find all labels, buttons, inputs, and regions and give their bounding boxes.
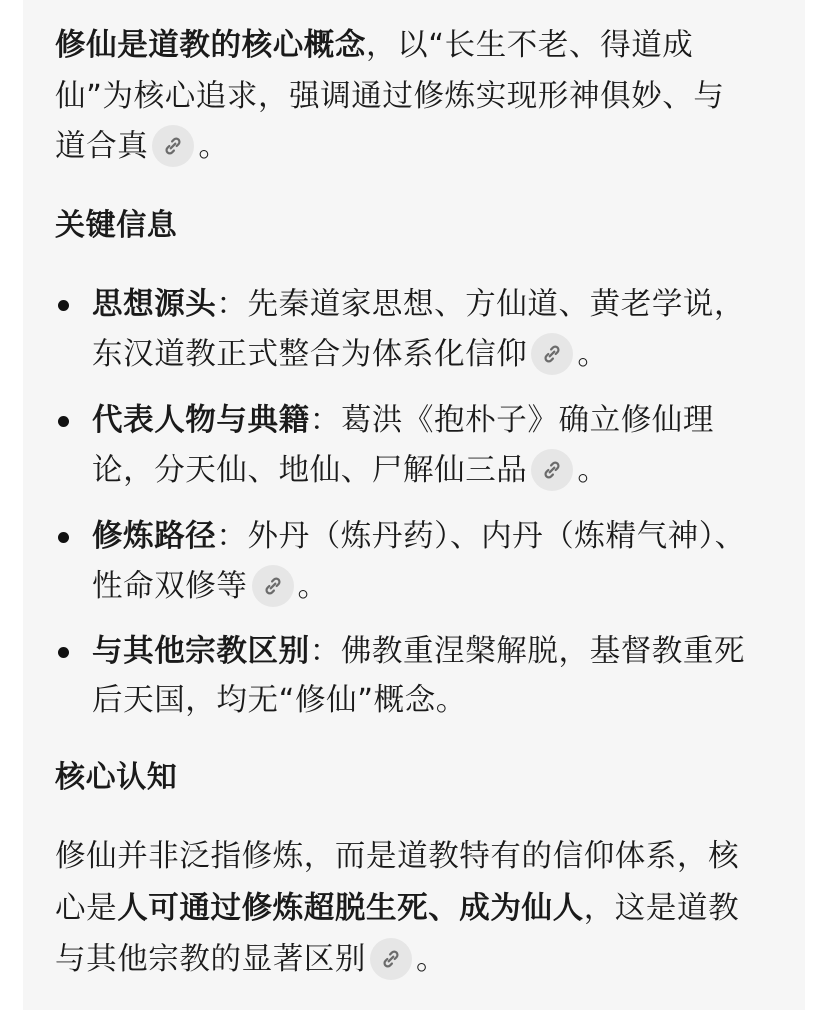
link-icon [262, 575, 284, 597]
intro-text: 道合真 [55, 129, 148, 164]
list-item-text: 佛教重涅槃解脱，基督教重死 [341, 634, 745, 669]
conclusion-text: 心是 [55, 891, 117, 926]
list-item-line-1: 修炼路径：外丹（炼丹药）、内丹（炼精气神）、 [92, 517, 746, 557]
list-item-line-1: 思想源头：先秦道家思想、方仙道、黄老学说， [92, 285, 745, 325]
list-item-text: 先秦道家思想、方仙道、黄老学说， [248, 287, 746, 322]
list-item-line-2: 后天国，均无“修仙”概念。 [92, 681, 467, 721]
list-item-line-2: 性命双修等。 [92, 567, 329, 607]
intro-line-3: 道合真。 [55, 127, 229, 167]
link-icon [380, 948, 402, 970]
citation-button[interactable] [252, 565, 294, 607]
list-item-label: 修炼路径 [92, 519, 216, 554]
intro-line-1: 修仙是道教的核心概念，以“长生不老、得道成 [55, 26, 693, 66]
period: 。 [577, 453, 608, 488]
period: 。 [198, 129, 229, 164]
answer-card: 修仙是道教的核心概念，以“长生不老、得道成 仙”为核心追求，强调通过修炼实现形神… [23, 0, 805, 1010]
bullet-dot [58, 532, 69, 543]
list-item-text: 论，分天仙、地仙、尸解仙三品 [92, 453, 527, 488]
link-icon [541, 343, 563, 365]
intro-line-2: 仙”为核心追求，强调通过修炼实现形神俱妙、与 [55, 77, 725, 117]
list-item-line-2: 论，分天仙、地仙、尸解仙三品。 [92, 451, 609, 491]
separator: ： [216, 519, 247, 554]
list-item-label: 思想源头 [92, 287, 216, 322]
section-heading-key-info: 关键信息 [55, 206, 177, 246]
link-icon [541, 459, 563, 481]
conclusion-bold-text: 人可通过修炼超脱生死、成为仙人 [117, 891, 584, 926]
section-heading-core-insight: 核心认知 [55, 758, 177, 798]
list-item-line-2: 东汉道教正式整合为体系化信仰。 [92, 335, 609, 375]
list-item-text: 外丹（炼丹药）、内丹（炼精气神）、 [248, 519, 746, 554]
bullet-dot [58, 300, 69, 311]
list-item-label: 代表人物与典籍 [92, 403, 310, 438]
separator: ： [310, 403, 341, 438]
link-icon [162, 135, 184, 157]
citation-button[interactable] [531, 333, 573, 375]
period: 。 [298, 569, 329, 604]
conclusion-text: ，这是道教 [584, 891, 740, 926]
conclusion-text: 修仙并非泛指修炼，而是道教特有的信仰体系，核 [55, 839, 739, 874]
citation-button[interactable] [152, 125, 194, 167]
list-item-line-1: 与其他宗教区别：佛教重涅槃解脱，基督教重死 [92, 632, 745, 672]
intro-text: ，以“长生不老、得道成 [366, 28, 693, 63]
citation-button[interactable] [531, 449, 573, 491]
list-item-label: 与其他宗教区别 [92, 634, 310, 669]
list-item-text: 后天国，均无“修仙”概念。 [92, 683, 467, 718]
bullet-dot [58, 647, 69, 658]
intro-bold-text: 修仙是道教的核心概念 [55, 28, 366, 63]
conclusion-line-1: 修仙并非泛指修炼，而是道教特有的信仰体系，核 [55, 837, 739, 877]
bullet-dot [58, 416, 69, 427]
citation-button[interactable] [370, 938, 412, 980]
intro-text: 仙”为核心追求，强调通过修炼实现形神俱妙、与 [55, 79, 725, 114]
list-item-line-1: 代表人物与典籍：葛洪《抱朴子》确立修仙理 [92, 401, 714, 441]
list-item-text: 东汉道教正式整合为体系化信仰 [92, 337, 527, 372]
conclusion-line-3: 与其他宗教的显著区别。 [55, 940, 447, 980]
list-item-text: 性命双修等 [92, 569, 248, 604]
period: 。 [577, 337, 608, 372]
list-item-text: 葛洪《抱朴子》确立修仙理 [341, 403, 714, 438]
period: 。 [416, 942, 447, 977]
conclusion-text: 与其他宗教的显著区别 [55, 942, 366, 977]
conclusion-line-2: 心是人可通过修炼超脱生死、成为仙人，这是道教 [55, 889, 739, 929]
separator: ： [310, 634, 341, 669]
separator: ： [216, 287, 247, 322]
